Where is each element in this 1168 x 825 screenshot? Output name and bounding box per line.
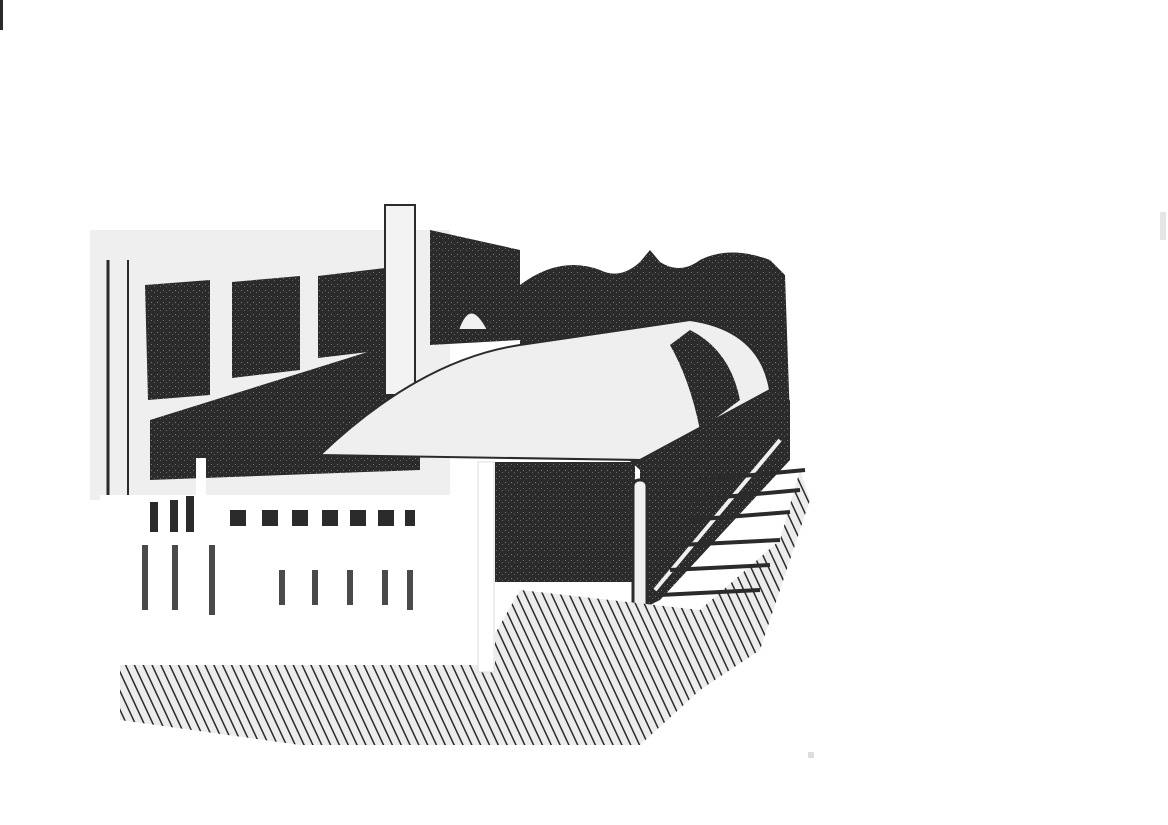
bedroom-illustration — [0, 0, 1168, 825]
lamp-table — [430, 230, 520, 345]
